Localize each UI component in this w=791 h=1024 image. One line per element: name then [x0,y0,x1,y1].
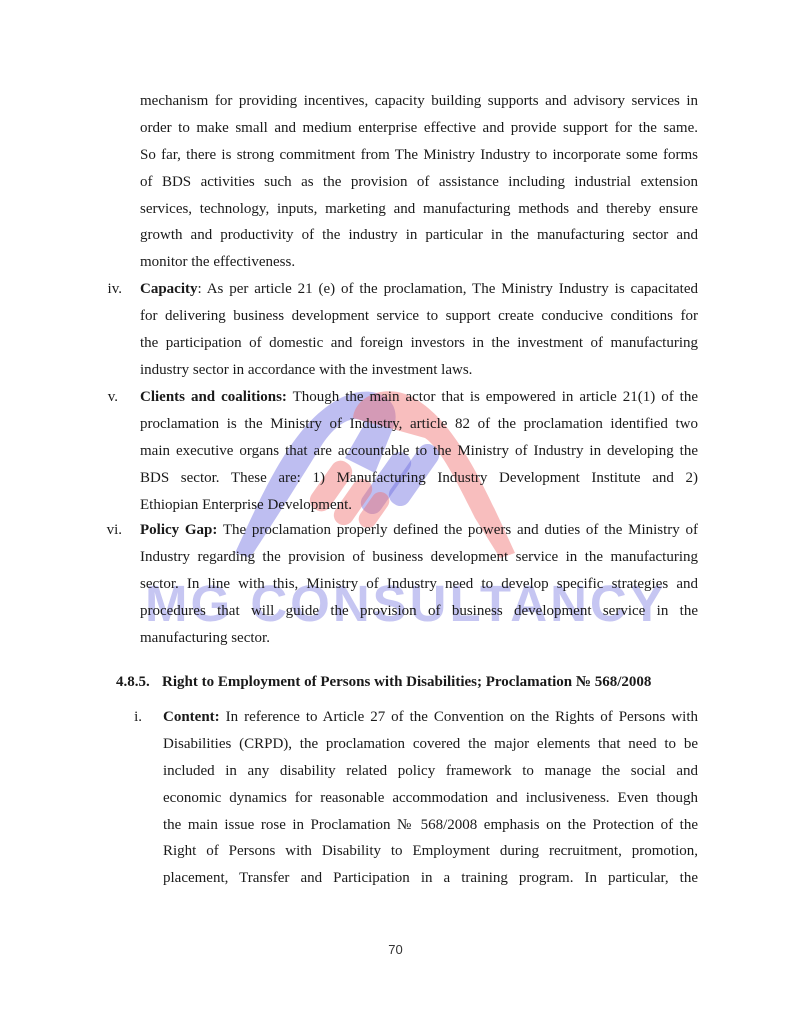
text-line: Policy Gap: The proclamation properly de… [140,517,698,544]
text-line: main executive organs that are accountab… [140,438,698,465]
item-title: Capacity [140,281,198,297]
text-line: Right of Persons with Disability to Empl… [163,838,698,865]
text-line: So far, there is strong commitment from … [140,142,698,169]
page-number: 70 [0,942,791,957]
text-line: Clients and coalitions: Though the main … [140,384,698,411]
text-line: mechanism for providing incentives, capa… [140,88,698,115]
text-line: for delivering business development serv… [140,303,698,330]
text-line: placement, Transfer and Participation in… [163,865,698,892]
text-line: Industry regarding the provision of busi… [140,544,698,571]
text-line: sector. In line with this, Ministry of I… [140,571,698,598]
item-title: Policy Gap: [140,522,217,538]
text-line: Ethiopian Enterprise Development. [140,492,698,519]
item-text: The proclamation properly defined the po… [217,522,698,538]
list-marker: vi. [92,517,122,544]
document-page: MG CONSULTANCY mechanism for providing i… [0,0,791,1024]
item-text: In reference to Article 27 of the Conven… [220,709,698,725]
item-title: Clients and coalitions: [140,389,287,405]
text-line: procedures that will guide the provision… [140,598,698,625]
text-line: Content: In reference to Article 27 of t… [163,704,698,731]
text-line: proclamation is the Ministry of Industry… [140,411,698,438]
text-line: Disabilities (CRPD), the proclamation co… [163,731,698,758]
text-line: growth and productivity of the industry … [140,222,698,249]
item-text: : As per article 21 (e) of the proclamat… [198,281,699,297]
item-text: Though the main actor that is empowered … [287,389,698,405]
text-line: included in any disability related polic… [163,758,698,785]
text-line: economic dynamics for reasonable accommo… [163,785,698,812]
text-line: manufacturing sector. [140,625,698,652]
text-line: order to make small and medium enterpris… [140,115,698,142]
text-line: of BDS activities such as the provision … [140,169,698,196]
section-heading: 4.8.5.Right to Employment of Persons wit… [116,671,651,693]
continuation-paragraph: mechanism for providing incentives, capa… [140,88,698,276]
section-number: 4.8.5. [116,671,162,693]
list-marker: v. [88,384,118,411]
item-title: Content: [163,709,220,725]
text-line: monitor the effectiveness. [140,249,698,276]
text-line: the participation of domestic and foreig… [140,330,698,357]
text-line: BDS sector. These are: 1) Manufacturing … [140,465,698,492]
list-marker: i. [112,704,142,731]
section-title: Right to Employment of Persons with Disa… [162,674,651,690]
list-marker: iv. [92,276,122,303]
text-line: services, technology, inputs, marketing … [140,196,698,223]
text-line: industry sector in accordance with the i… [140,357,698,384]
text-line: Capacity: As per article 21 (e) of the p… [140,276,698,303]
text-line: the main issue rose in Proclamation № 56… [163,812,698,839]
